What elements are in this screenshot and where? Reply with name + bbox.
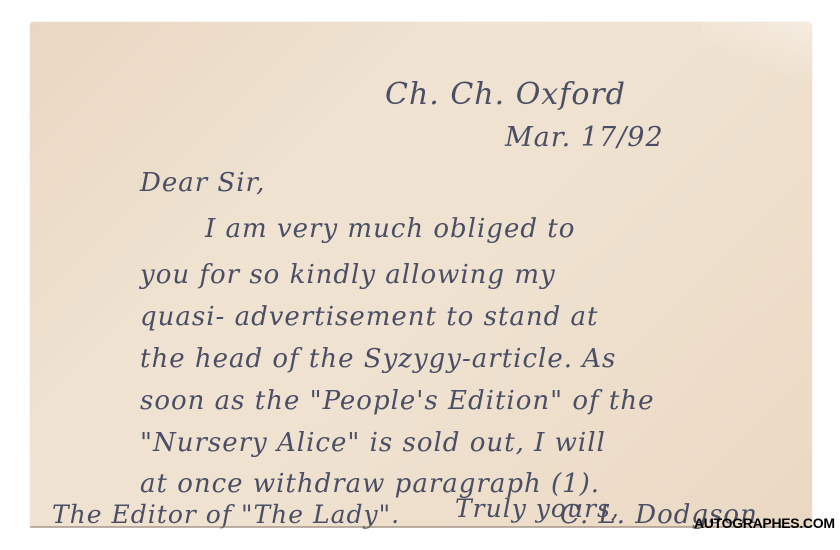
watermark: AUTOGRAPHES.COM: [694, 515, 835, 531]
paper-fold-highlight: [702, 22, 812, 92]
letter-body-line: "Nursery Alice" is sold out, I will: [140, 428, 606, 458]
letter-place: Ch. Ch. Oxford: [385, 77, 626, 112]
letter-body-line: the head of the Syzygy-article. As: [140, 344, 616, 374]
letter-body-line: quasi- advertisement to stand at: [140, 302, 599, 332]
letter-addressee: The Editor of "The Lady".: [52, 500, 400, 529]
letter-body-line: I am very much obliged to: [205, 214, 575, 244]
letter-body-line: you for so kindly allowing my: [140, 260, 556, 290]
letter-sheet: Ch. Ch. Oxford Mar. 17/92 Dear Sir, I am…: [30, 22, 812, 527]
letter-date: Mar. 17/92: [505, 122, 664, 153]
letter-body-line: soon as the "People's Edition" of the: [140, 386, 654, 416]
letter-salutation: Dear Sir,: [140, 168, 265, 198]
